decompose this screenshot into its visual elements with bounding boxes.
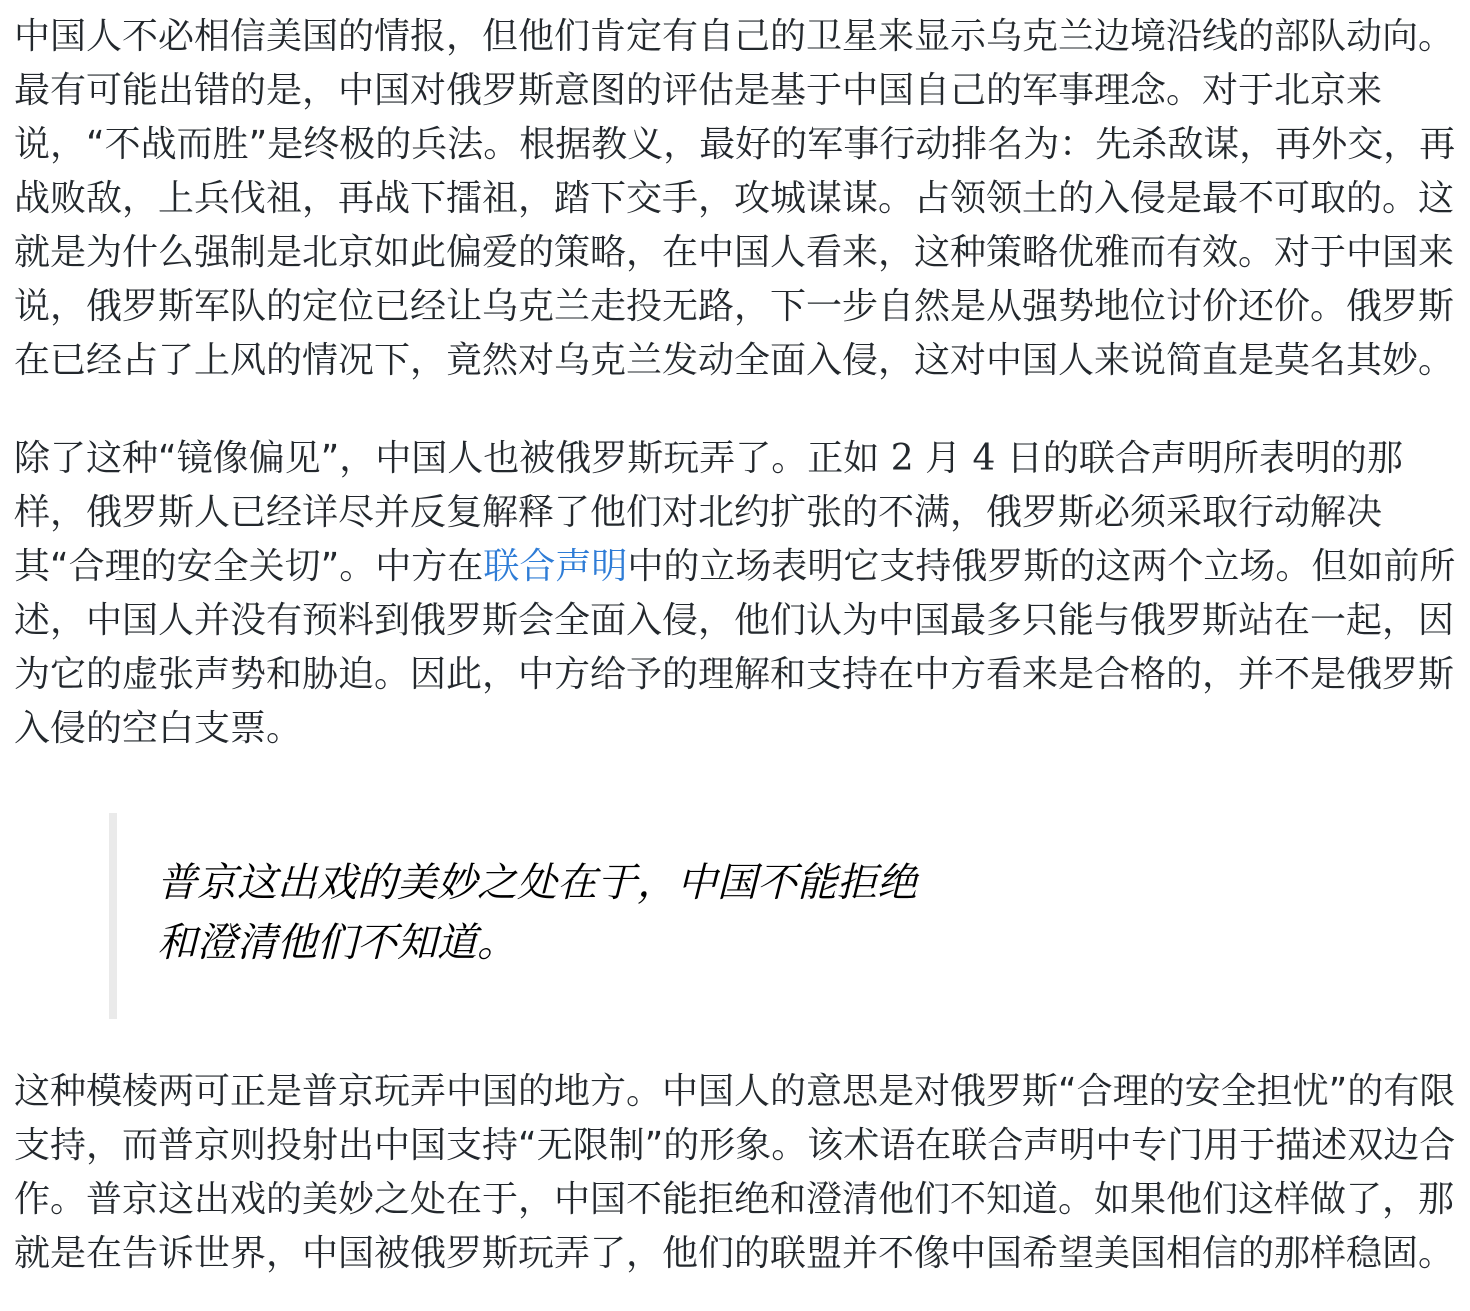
text-run: 除了这种“镜像偏见”，中国人也被俄罗斯玩弄了。正如 bbox=[14, 438, 891, 479]
text-run: 月 bbox=[914, 438, 973, 479]
pull-quote-line-1: 普京这出戏的美妙之处在于，中国不能拒绝 bbox=[157, 853, 1418, 913]
joint-statement-link[interactable]: 联合声明 bbox=[483, 546, 627, 587]
article-body: 中国人不必相信美国的情报，但他们肯定有自己的卫星来显示乌克兰边境沿线的部队动向。… bbox=[0, 0, 1470, 1311]
date-numeral: 4 bbox=[973, 438, 996, 479]
pull-quote: 普京这出戏的美妙之处在于，中国不能拒绝 和澄清他们不知道。 bbox=[109, 813, 1458, 1019]
paragraph-3: 这种模棱两可正是普京玩弄中国的地方。中国人的意思是对俄罗斯“合理的安全担忧”的有… bbox=[14, 1065, 1458, 1281]
paragraph-2: 除了这种“镜像偏见”，中国人也被俄罗斯玩弄了。正如 2 月 4 日的联合声明所表… bbox=[14, 432, 1458, 756]
paragraph-1: 中国人不必相信美国的情报，但他们肯定有自己的卫星来显示乌克兰边境沿线的部队动向。… bbox=[14, 10, 1458, 388]
pull-quote-line-2: 和澄清他们不知道。 bbox=[157, 913, 1418, 973]
date-numeral: 2 bbox=[891, 438, 914, 479]
